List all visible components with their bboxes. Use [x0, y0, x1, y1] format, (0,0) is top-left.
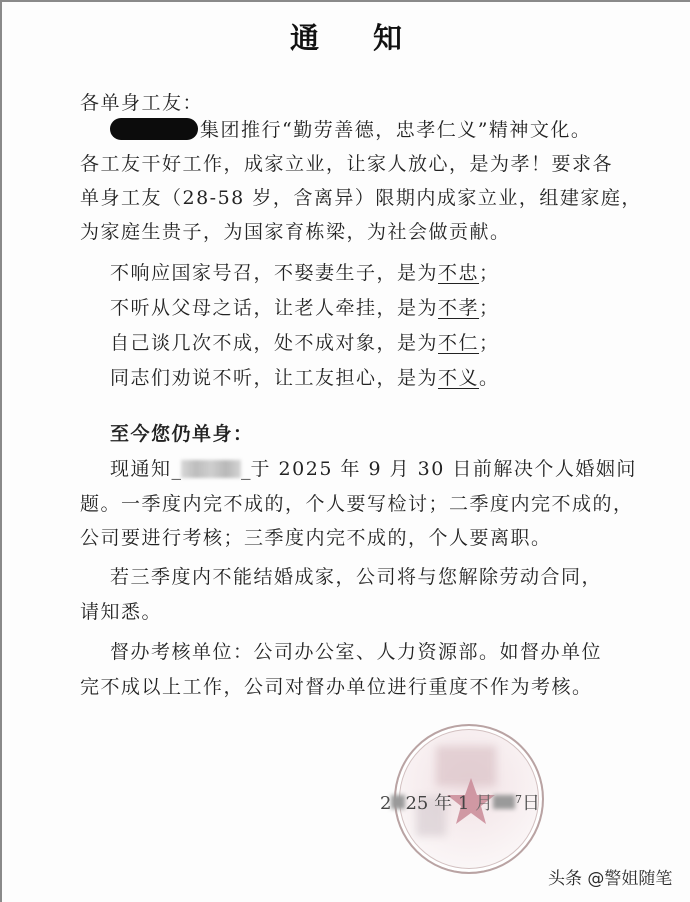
virtue-label: 不忠 [438, 262, 479, 284]
still-single-heading: 至今您仍单身： [110, 422, 254, 446]
virtue-text: 不听从父母之话，让老人牵挂，是为 [110, 297, 438, 319]
year-digits: 25 [405, 793, 428, 814]
month-digit: 1 [458, 793, 469, 814]
punctuation: ； [479, 297, 500, 319]
termination-line-2: 请知悉。 [80, 600, 162, 624]
notice-line-1: 现通知__于 2025 年 9 月 30 日前解决个人婚姻问 [110, 457, 637, 481]
virtue-line: 不听从父母之话，让老人牵挂，是为不孝； [110, 296, 500, 320]
punctuation: 。 [479, 367, 500, 389]
notice-prefix: 现通知 [110, 458, 172, 480]
year-digit: 2 [380, 793, 391, 814]
notice-document: 通 知 各单身工友： 集团推行“勤劳善德，忠孝仁义”精神文化。 各工友干好工作，… [0, 0, 690, 902]
intro-line-3: 单身工友（28-58 岁，含离异）限期内成家立业，组建家庭， [80, 186, 642, 210]
redacted-day [493, 795, 515, 809]
salutation: 各单身工友： [80, 91, 203, 115]
intro-line-4: 为家庭生贵子，为国家育栋梁，为社会做贡献。 [80, 220, 511, 244]
notice-line-2: 题。一季度内完不成的，个人要写检讨；二季度内完不成的， [80, 492, 634, 516]
virtue-line: 不响应国家号召，不娶妻生子，是为不忠； [110, 261, 500, 285]
intro-line-1: 集团推行“勤劳善德，忠孝仁义”精神文化。 [110, 118, 591, 142]
supervision-line-2: 完不成以上工作，公司对督办单位进行重度不作为考核。 [80, 675, 593, 699]
intro-line-1-text: 集团推行“勤劳善德，忠孝仁义”精神文化。 [200, 119, 591, 141]
year-label: 年 [434, 793, 452, 814]
redacted-employee-name [181, 460, 241, 478]
intro-line-2: 各工友干好工作，成家立业，让家人放心，是为孝！要求各 [80, 152, 613, 176]
virtue-line: 自己谈几次不成，处不成对象，是为不仁； [110, 331, 500, 355]
month-label: 月 [475, 793, 493, 814]
punctuation: ； [479, 262, 500, 284]
redacted-company-name [110, 118, 198, 140]
supervision-line-1: 督办考核单位：公司办公室、人力资源部。如督办单位 [110, 640, 602, 664]
virtue-text: 不响应国家号召，不娶妻生子，是为 [110, 262, 438, 284]
blank-underline: __ [172, 458, 251, 480]
virtue-line: 同志们劝说不听，让工友担心，是为不义。 [110, 366, 500, 390]
day-label: 日 [522, 793, 540, 814]
virtue-text: 自己谈几次不成，处不成对象，是为 [110, 332, 438, 354]
notice-line-3: 公司要进行考核；三季度内完不成的，个人要离职。 [80, 526, 552, 550]
virtue-label: 不仁 [438, 332, 479, 354]
virtue-label: 不义 [438, 367, 479, 389]
document-date: 225 年 1 月7日 [380, 789, 540, 815]
virtue-label: 不孝 [438, 297, 479, 319]
notice-deadline-text: 于 2025 年 9 月 30 日前解决个人婚姻问 [251, 458, 637, 480]
document-title: 通 知 [2, 16, 690, 57]
watermark: 头条 @警姐随笔 [548, 864, 672, 889]
virtue-text: 同志们劝说不听，让工友担心，是为 [110, 367, 438, 389]
punctuation: ； [479, 332, 500, 354]
termination-line-1: 若三季度内不能结婚成家，公司将与您解除劳动合同， [110, 565, 602, 589]
redacted-year-digit [391, 795, 405, 809]
day-digit: 7 [515, 793, 522, 806]
